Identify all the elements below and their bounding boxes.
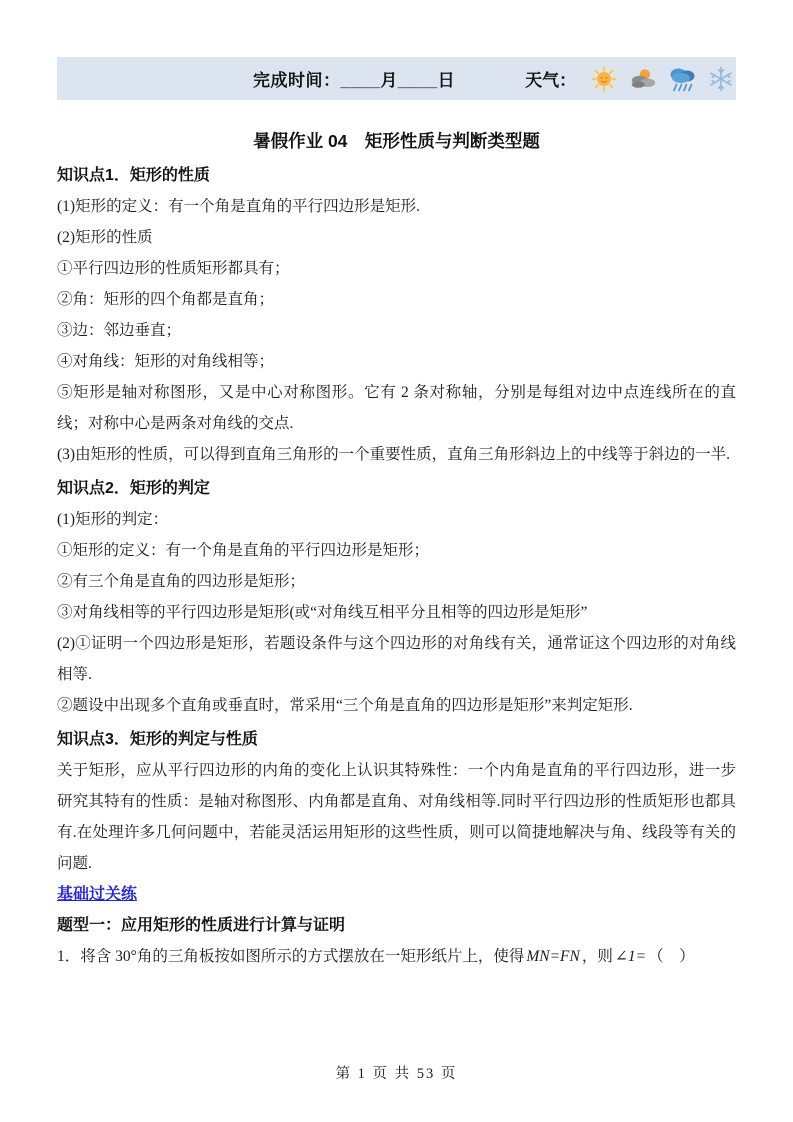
- question-number: 1．: [57, 948, 80, 965]
- kp2-heading: 知识点2．矩形的判定: [57, 473, 736, 504]
- page-footer: 第 1 页 共 53 页: [0, 1062, 793, 1083]
- paragraph: ②角：矩形的四个角都是直角；: [57, 284, 736, 315]
- paragraph: (3)由矩形的性质，可以得到直角三角形的一个重要性质，直角三角形斜边上的中线等于…: [57, 439, 736, 470]
- paragraph: 关于矩形，应从平行四边形的内角的变化上认识其特殊性：一个内角是直角的平行四边形，…: [57, 755, 736, 879]
- page-title: 暑假作业 04 矩形性质与判断类型题: [57, 126, 736, 157]
- snowflake-icon: [707, 65, 735, 93]
- paragraph: ③边：邻边垂直；: [57, 315, 736, 346]
- paragraph: (2)矩形的性质: [57, 222, 736, 253]
- completion-time-label: 完成时间：____月____日: [253, 66, 455, 91]
- question-1: 1．将含 30°角的三角板按如图所示的方式摆放在一矩形纸片上，使得MN=FN，则…: [57, 941, 736, 972]
- page-content: 完成时间：____月____日 天气：: [57, 57, 736, 972]
- answer-blank: （ ）: [648, 948, 695, 965]
- paragraph: ④对角线：矩形的对角线相等；: [57, 346, 736, 377]
- math-expression: ∠1=: [613, 948, 648, 965]
- paragraph: (2)①证明一个四边形是矩形，若题设条件与这个四边形的对角线有关，通常证这个四边…: [57, 628, 736, 690]
- paragraph: ①平行四边形的性质矩形都具有；: [57, 253, 736, 284]
- rain-cloud-icon: [668, 65, 696, 93]
- paragraph: (1)矩形的判定：: [57, 504, 736, 535]
- practice-section-link[interactable]: 基础过关练: [57, 879, 137, 910]
- cloud-sun-icon: [629, 65, 657, 93]
- math-expression: MN=FN: [524, 948, 582, 965]
- paragraph: ③对角线相等的平行四边形是矩形(或“对角线互相平分且相等的四边形是矩形”: [57, 597, 736, 628]
- kp1-heading: 知识点1．矩形的性质: [57, 160, 736, 191]
- paragraph: ②有三个角是直角的四边形是矩形；: [57, 566, 736, 597]
- question-text: 将含 30°角的三角板按如图所示的方式摆放在一矩形纸片上，使得: [80, 948, 524, 965]
- paragraph: ②题设中出现多个直角或垂直时，常采用“三个角是直角的四边形是矩形”来判定矩形.: [57, 690, 736, 721]
- paragraph: ①矩形的定义：有一个角是直角的平行四边形是矩形；: [57, 535, 736, 566]
- weather-label: 天气：: [525, 66, 576, 91]
- sun-icon: [590, 65, 618, 93]
- paragraph: ⑤矩形是轴对称图形，又是中心对称图形。它有 2 条对称轴，分别是每组对边中点连线…: [57, 377, 736, 439]
- paragraph: (1)矩形的定义：有一个角是直角的平行四边形是矩形.: [57, 191, 736, 222]
- header-bar: 完成时间：____月____日 天气：: [57, 57, 736, 100]
- question-text: ，则: [582, 948, 613, 965]
- kp3-heading: 知识点3．矩形的判定与性质: [57, 724, 736, 755]
- worksheet-page: 完成时间：____月____日 天气：: [0, 0, 793, 1122]
- weather-icons: [590, 65, 735, 93]
- question-type-heading: 题型一：应用矩形的性质进行计算与证明: [57, 910, 736, 941]
